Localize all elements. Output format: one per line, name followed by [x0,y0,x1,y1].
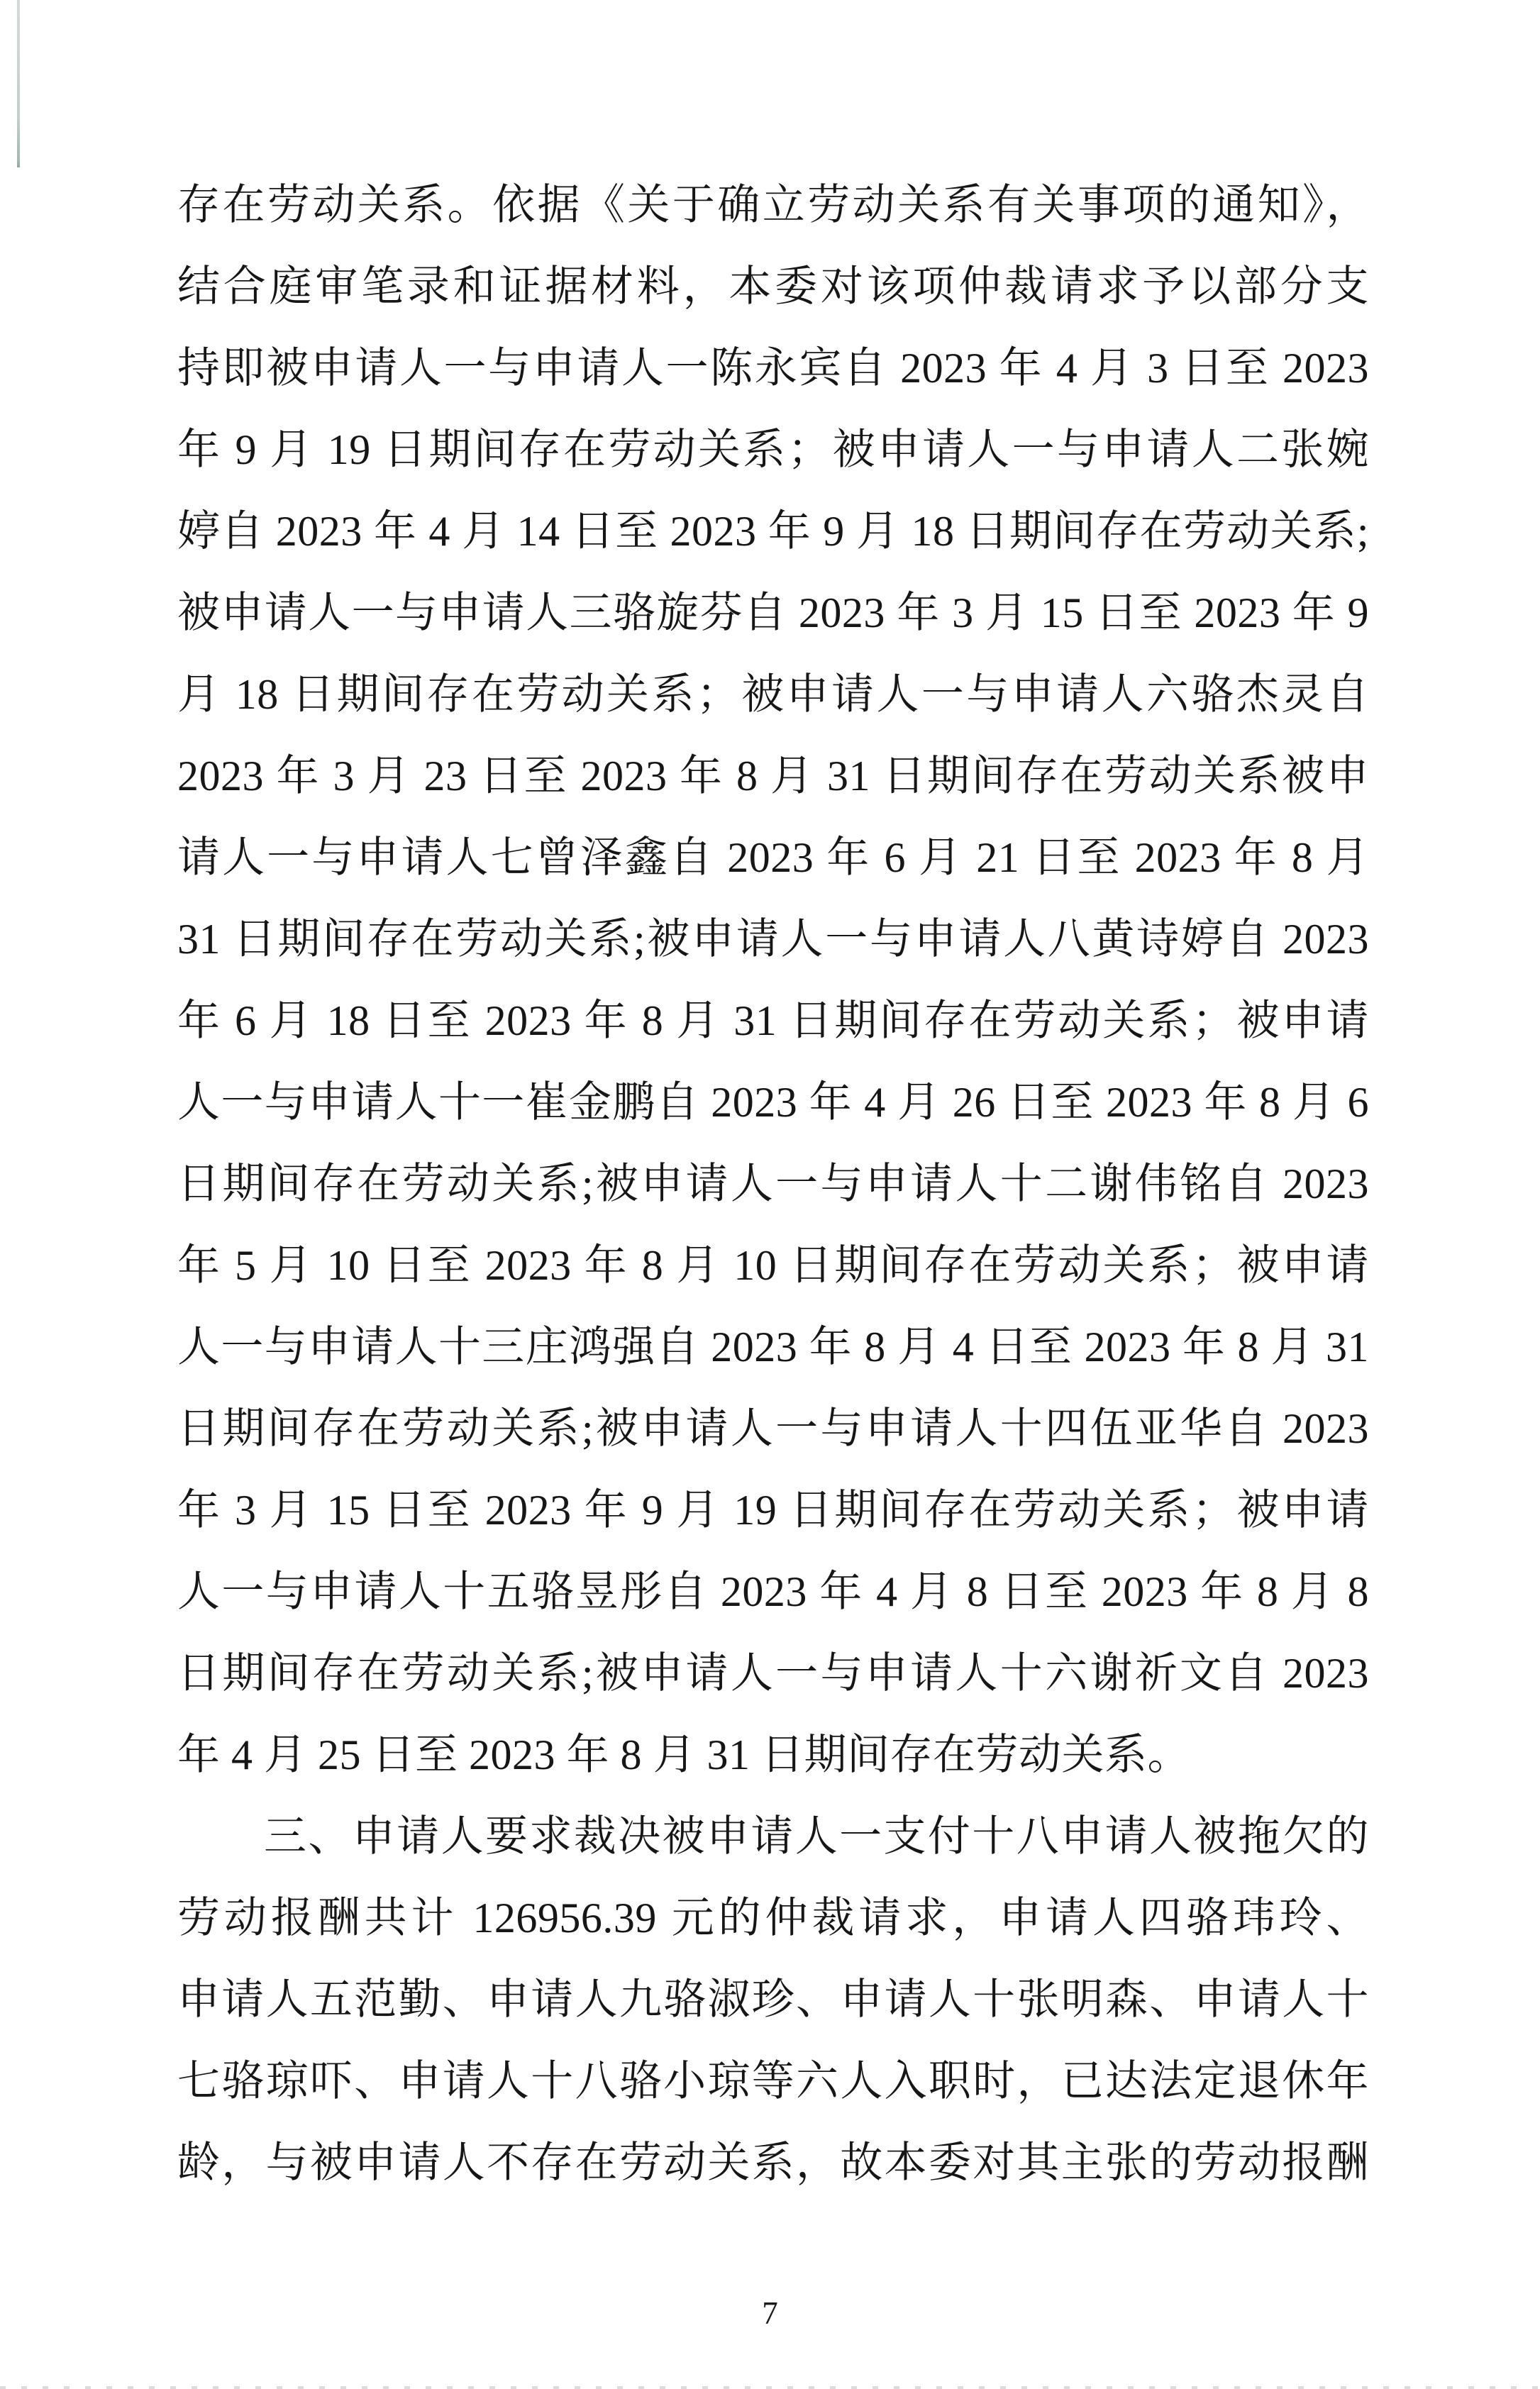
document-line: 日期间存在劳动关系;被申请人一与申请人十六谢祈文自 2023 [177,1633,1369,1714]
document-line: 日期间存在劳动关系;被申请人一与申请人十二谢伟铭自 2023 [177,1143,1369,1225]
document-line: 三、申请人要求裁决被申请人一支付十八申请人被拖欠的 [177,1796,1369,1878]
scan-artifact-line [17,0,20,167]
document-line: 存在劳动关系。依据《关于确立劳动关系有关事项的通知》， [177,165,1369,246]
document-line: 年 3 月 15 日至 2023 年 9 月 19 日期间存在劳动关系；被申请 [177,1470,1369,1551]
document-line: 31 日期间存在劳动关系;被申请人一与申请人八黄诗婷自 2023 [177,899,1369,980]
document-line: 请人一与申请人七曾泽鑫自 2023 年 6 月 21 日至 2023 年 8 月 [177,817,1369,899]
document-line: 龄，与被申请人不存在劳动关系，故本委对其主张的劳动报酬 [177,2122,1369,2204]
document-line: 年 6 月 18 日至 2023 年 8 月 31 日期间存在劳动关系；被申请 [177,980,1369,1062]
document-body: 存在劳动关系。依据《关于确立劳动关系有关事项的通知》， 结合庭审笔录和证据材料，… [177,165,1369,2204]
document-line: 年 4 月 25 日至 2023 年 8 月 31 日期间存在劳动关系。 [177,1714,1369,1796]
document-line: 持即被申请人一与申请人一陈永宾自 2023 年 4 月 3 日至 2023 [177,328,1369,409]
document-line: 年 9 月 19 日期间存在劳动关系；被申请人一与申请人二张婉 [177,409,1369,491]
document-page: 存在劳动关系。依据《关于确立劳动关系有关事项的通知》， 结合庭审笔录和证据材料，… [0,0,1540,2389]
document-line: 日期间存在劳动关系;被申请人一与申请人十四伍亚华自 2023 [177,1388,1369,1470]
document-line: 婷自 2023 年 4 月 14 日至 2023 年 9 月 18 日期间存在劳… [177,491,1369,572]
document-line: 人一与申请人十一崔金鹏自 2023 年 4 月 26 日至 2023 年 8 月… [177,1062,1369,1143]
scan-bottom-edge-artifact [0,2386,1540,2389]
document-line: 月 18 日期间存在劳动关系；被申请人一与申请人六骆杰灵自 [177,654,1369,736]
document-line: 被申请人一与申请人三骆旋芬自 2023 年 3 月 15 日至 2023 年 9 [177,572,1369,654]
document-line: 申请人五范勤、申请人九骆淑珍、申请人十张明森、申请人十 [177,1959,1369,2041]
document-line: 劳动报酬共计 126956.39 元的仲裁请求，申请人四骆玮玲、 [177,1878,1369,1959]
document-line: 人一与申请人十五骆昱彤自 2023 年 4 月 8 日至 2023 年 8 月 … [177,1551,1369,1633]
document-line: 人一与申请人十三庄鸿强自 2023 年 8 月 4 日至 2023 年 8 月 … [177,1307,1369,1388]
document-line: 结合庭审笔录和证据材料，本委对该项仲裁请求予以部分支 [177,246,1369,328]
page-number: 7 [762,2295,778,2331]
document-line: 年 5 月 10 日至 2023 年 8 月 10 日期间存在劳动关系；被申请 [177,1225,1369,1307]
page-footer: 7 [0,2294,1540,2332]
document-line: 七骆琼吓、申请人十八骆小琼等六人入职时，已达法定退休年 [177,2041,1369,2122]
document-line: 2023 年 3 月 23 日至 2023 年 8 月 31 日期间存在劳动关系… [177,736,1369,817]
